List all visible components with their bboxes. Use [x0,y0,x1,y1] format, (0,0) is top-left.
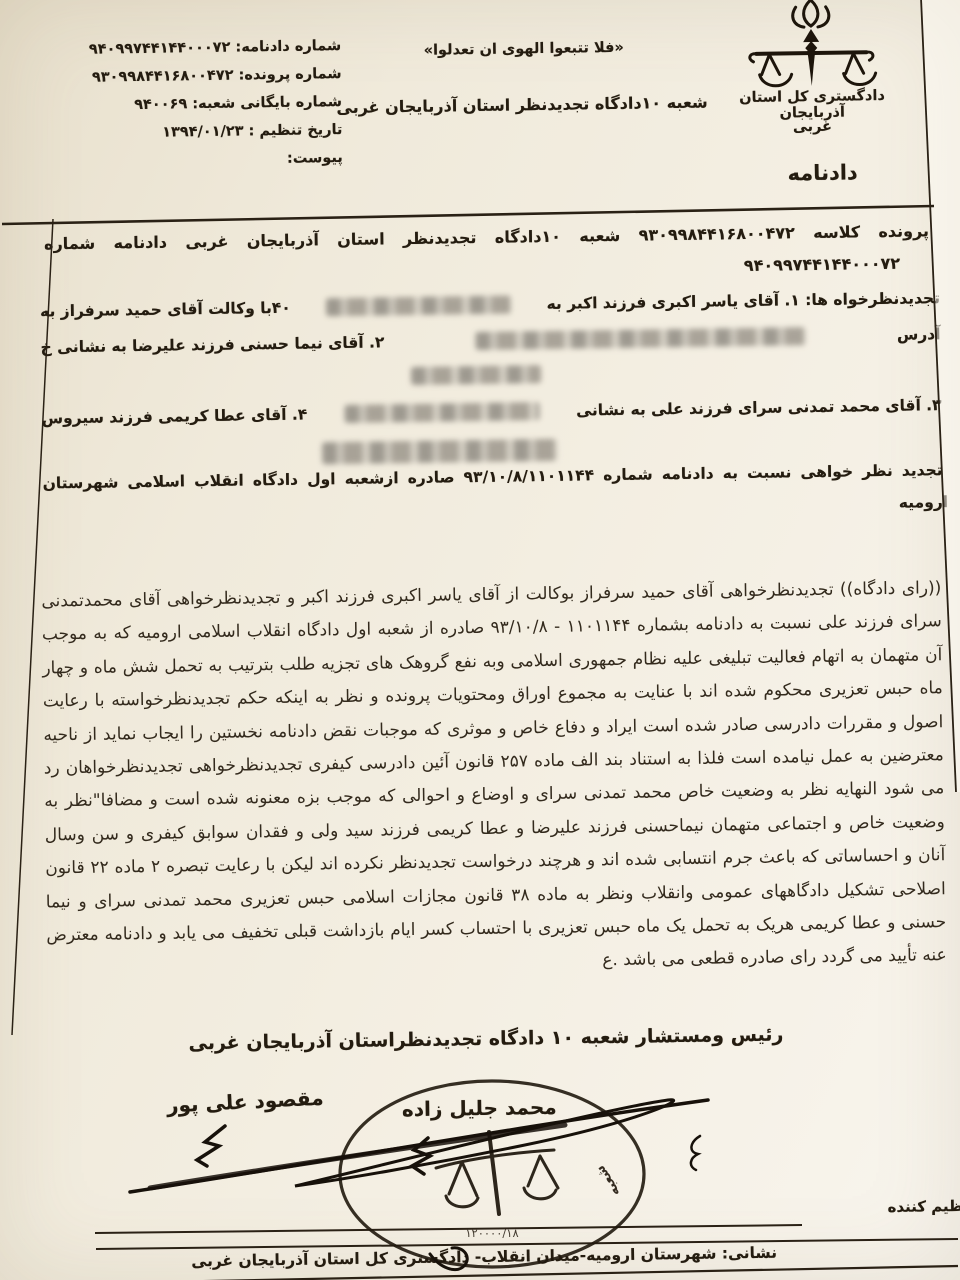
document-title: دادنامه [765,160,880,186]
verdict-body-text: ((رای دادگاه)) تجدیدنظرخواهی آقای حمید س… [41,572,947,986]
scanned-court-verdict-page: شماره دادنامه: ۹۴۰۹۹۷۴۴۱۴۴۰۰۰۷۲ شماره پر… [0,0,960,1280]
appellant-2-text: ۲. آقای نیما حسنی فرزند علیرضا به نشانی … [40,333,384,356]
judge-name-left: مقصود علی پور [166,1086,324,1118]
address-label: آدرس [897,325,941,344]
redacted-text [411,365,541,385]
attachment-label: پیوست: [48,144,343,176]
archive-number: شماره بایگانی شعبه: ۹۴۰۰۶۹ [47,88,342,120]
case-reference-number: ۹۴۰۹۹۷۴۴۱۴۴۰۰۰۷۲ [729,254,914,276]
case-reference-line: پرونده کلاسه ۹۳۰۹۹۸۴۴۱۶۸۰۰۴۷۲ شعبه ۱۰داد… [44,221,929,253]
appellant-3-text: ۳. آقای محمد تمدنی سرای فرزند علی به نشا… [576,396,942,419]
appellant-4-text: ۴. آقای عطا کریمی فرزند سیروس [42,406,308,428]
appellants-line-3: ۳. آقای محمد تمدنی سرای فرزند علی به نشا… [42,396,942,427]
court-branch-title: شعبه ۱۰دادگاه تجدیدنظر استان آذربایجان غ… [317,92,727,117]
issue-date: تاریخ تنظیم : ۱۳۹۴/۰۱/۲۳ [47,116,342,148]
appellants-line-1: تجدیدنظرخواه ها: ۱. آقای یاسر اکبری فرزن… [40,289,940,320]
appeal-subject-line: تجدید نظر خواهی نسبت به دادنامه شماره ۹۳… [42,461,942,492]
redacted-text [322,439,557,464]
judges-title-line: رئیس ومستشار شعبه ۱۰ دادگاه تجدیدنظراستا… [126,1023,846,1056]
redacted-text [344,402,539,423]
appellant-1-lawyer: ۴۰با وکالت آقای حمید سرفراز به [40,299,291,321]
preparer-label: ی تنظیم کننده [844,1196,960,1216]
scales-of-justice-icon [735,0,886,88]
appeal-subject-city: ارومیه [878,493,948,512]
document-content: شماره دادنامه: ۹۴۰۹۹۷۴۴۱۴۴۰۰۰۷۲ شماره پر… [0,0,960,1280]
footer-address: نشانی: شهرستان ارومیه-میدان انقلاب- دادگ… [119,1243,849,1272]
case-numbers-block: شماره دادنامه: ۹۴۰۹۹۷۴۴۱۴۴۰۰۰۷۲ شماره پر… [46,32,343,176]
redacted-text [326,296,511,317]
appellants-line-2: آدرس ۲. آقای نیما حسنی فرزند علیرضا به ن… [40,325,940,356]
file-number: شماره پرونده: ۹۳۰۹۹۸۴۴۱۶۸۰۰۴۷۲ [46,60,341,92]
justice-org-line2: غربی [712,118,912,137]
verdict-number: شماره دادنامه: ۹۴۰۹۹۷۴۴۱۴۴۰۰۰۷۲ [46,32,341,64]
redacted-text [476,327,806,350]
judge-name-right: محمد جلیل زاده [402,1095,557,1121]
appellant-1-text: تجدیدنظرخواه ها: ۱. آقای یاسر اکبری فرزن… [546,289,940,313]
quran-quote: «فلا تتبعوا الهوی ان تعدلوا» [351,39,696,60]
